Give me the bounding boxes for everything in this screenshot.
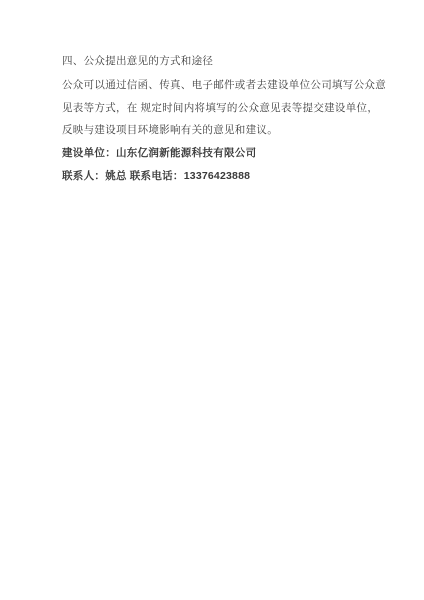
document-page: 四、公众提出意见的方式和途径 公众可以通过信函、传真、电子邮件或者去建设单位公司… bbox=[0, 0, 424, 600]
contact-label: 联系人：姚总 联系电话： bbox=[62, 171, 184, 182]
document-content: 四、公众提出意见的方式和途径 公众可以通过信函、传真、电子邮件或者去建设单位公司… bbox=[62, 51, 368, 188]
paragraph-line: 反映与建设项目环境影响有关的意见和建议。 bbox=[62, 120, 368, 142]
paragraph-line: 见表等方式，在 规定时间内将填写的公众意见表等提交建设单位， bbox=[62, 98, 368, 120]
construction-unit-line: 建设单位：山东亿润新能源科技有限公司 bbox=[62, 143, 368, 165]
section-heading: 四、公众提出意见的方式和途径 bbox=[62, 51, 368, 73]
paragraph-line: 公众可以通过信函、传真、电子邮件或者去建设单位公司填写公众意 bbox=[62, 75, 368, 97]
contact-phone: 13376423888 bbox=[184, 170, 250, 182]
contact-line: 联系人：姚总 联系电话：13376423888 bbox=[62, 165, 368, 188]
